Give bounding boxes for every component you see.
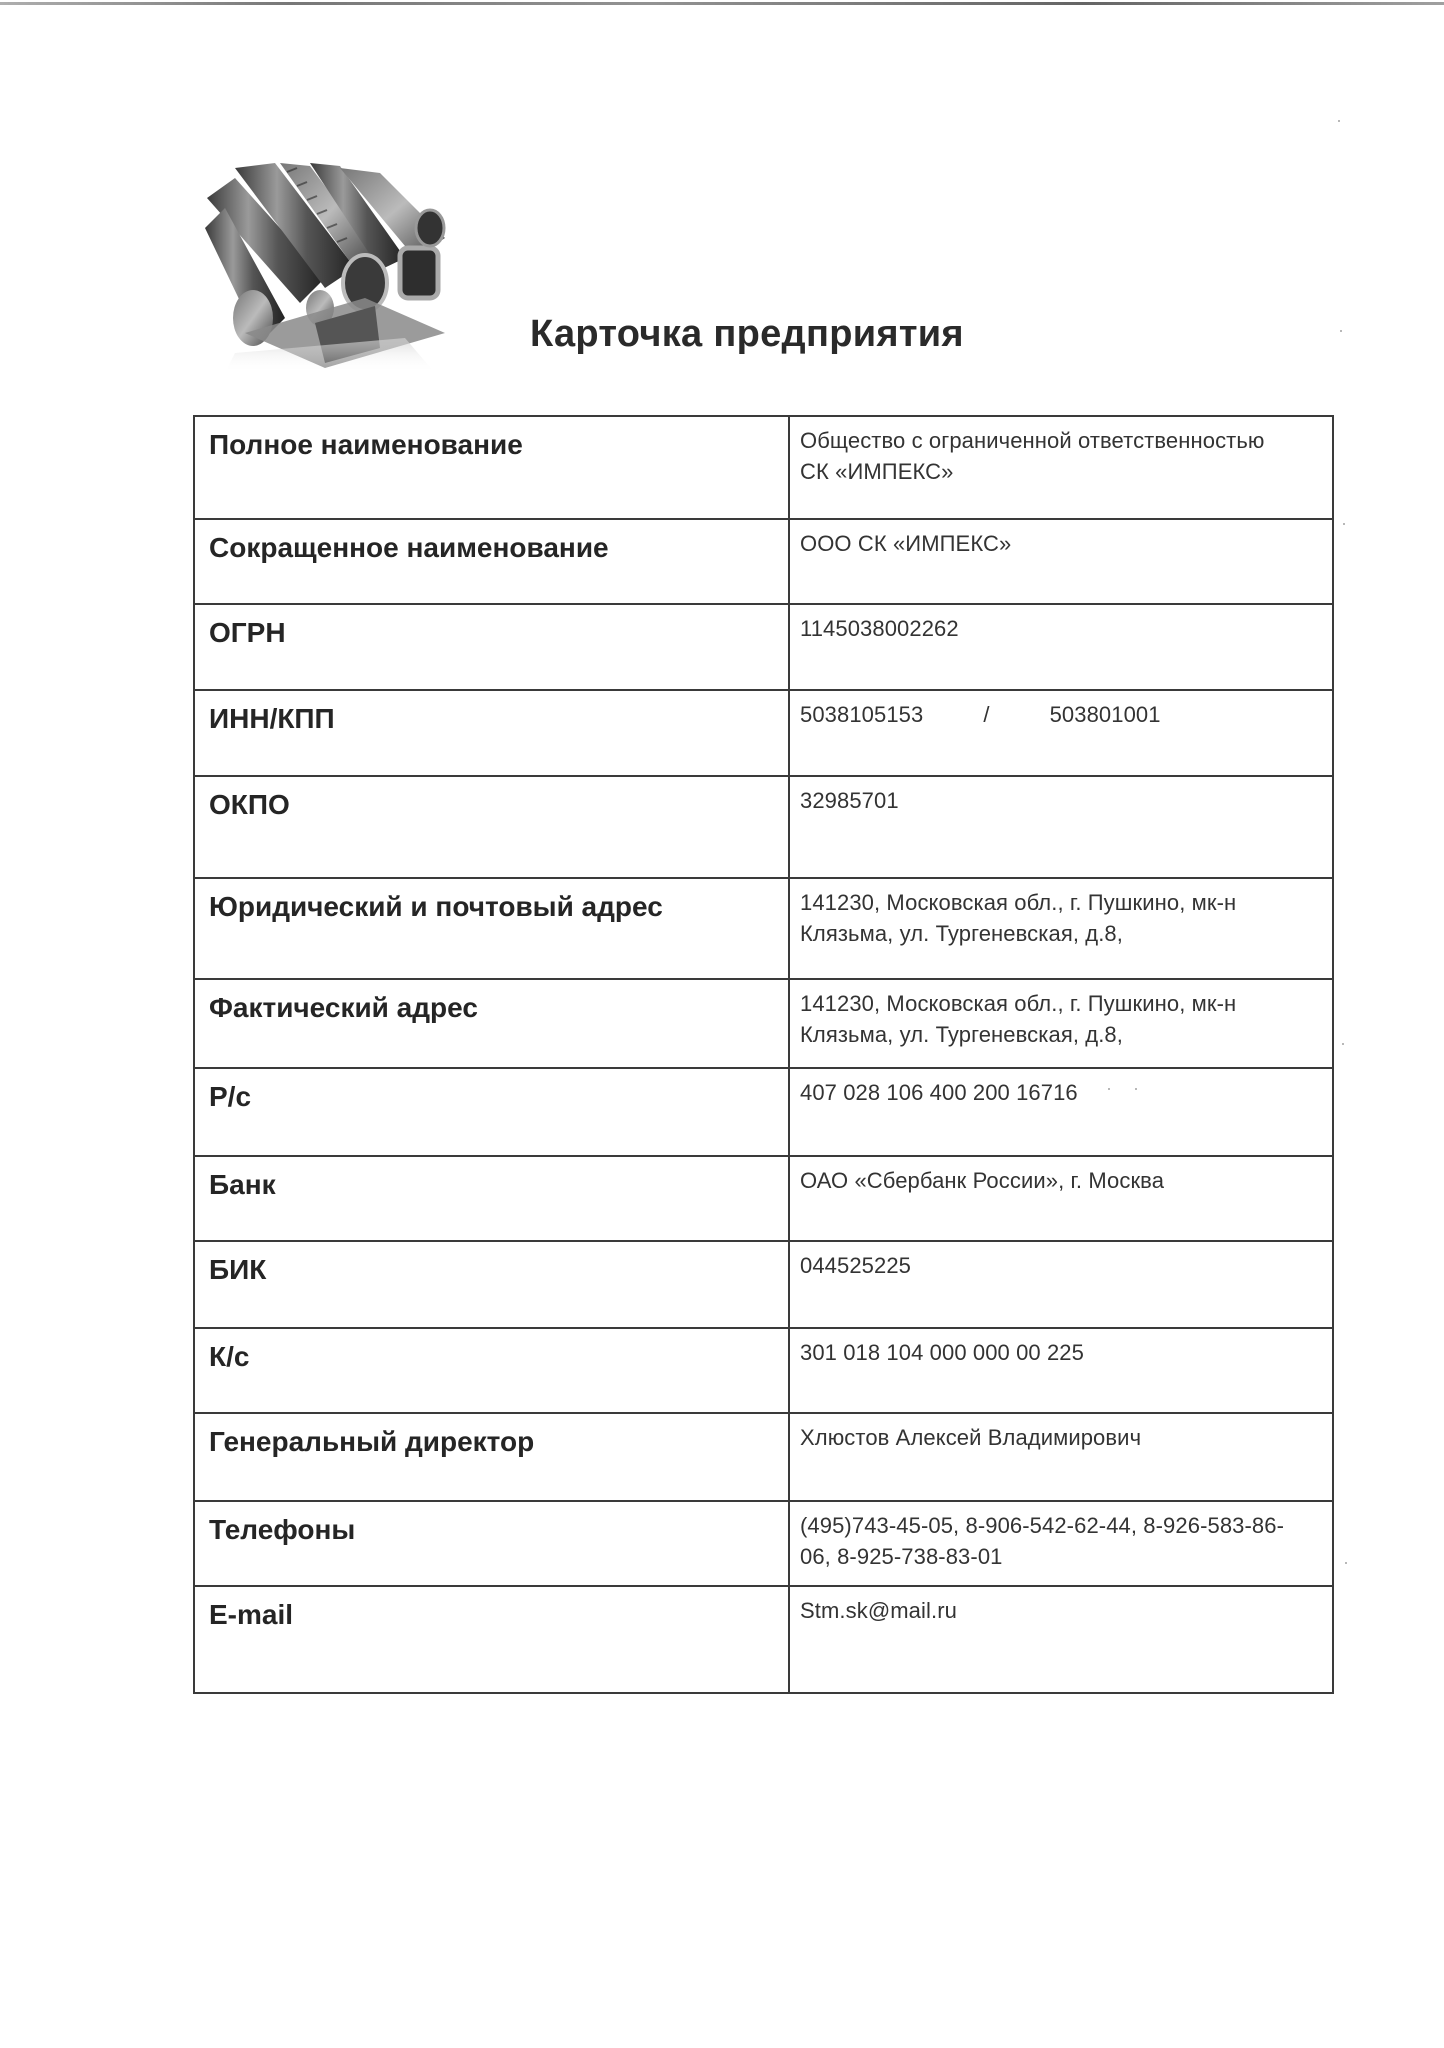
- document-title: Карточка предприятия: [530, 313, 964, 356]
- scan-edge-line: [0, 2, 1444, 5]
- row-value: ОАО «Сбербанк России», г. Москва: [789, 1156, 1333, 1241]
- row-value: ООО СК «ИМПЕКС»: [789, 519, 1333, 604]
- row-label: К/с: [194, 1328, 789, 1413]
- row-value: 32985701: [789, 776, 1333, 878]
- row-label: Фактический адрес: [194, 979, 789, 1068]
- scan-speck: [1340, 330, 1342, 332]
- row-value: Хлюстов Алексей Владимирович: [789, 1413, 1333, 1501]
- row-label: ОКПО: [194, 776, 789, 878]
- row-value: 301 018 104 000 000 00 225: [789, 1328, 1333, 1413]
- row-value: 141230, Московская обл., г. Пушкино, мк-…: [789, 878, 1333, 979]
- row-label: Телефоны: [194, 1501, 789, 1586]
- row-label: Банк: [194, 1156, 789, 1241]
- scan-speck: [1343, 523, 1345, 525]
- row-label: Сокращенное наименование: [194, 519, 789, 604]
- row-value: 5038105153/503801001: [789, 690, 1333, 776]
- row-label: ОГРН: [194, 604, 789, 690]
- table-row: Сокращенное наименование ООО СК «ИМПЕКС»: [194, 519, 1333, 604]
- row-value: Общество с ограниченной ответственностью…: [789, 416, 1333, 519]
- scan-speck: [1345, 1562, 1347, 1564]
- row-value: 141230, Московская обл., г. Пушкино, мк-…: [789, 979, 1333, 1068]
- table-row: E-mail Stm.sk@mail.ru: [194, 1586, 1333, 1693]
- table-row: Юридический и почтовый адрес 141230, Мос…: [194, 878, 1333, 979]
- row-label: Генеральный директор: [194, 1413, 789, 1501]
- row-value: 044525225: [789, 1241, 1333, 1328]
- table-row: Телефоны (495)743-45-05, 8-906-542-62-44…: [194, 1501, 1333, 1586]
- scan-speck: [1342, 1043, 1344, 1045]
- row-label: БИК: [194, 1241, 789, 1328]
- table-row: Генеральный директор Хлюстов Алексей Вла…: [194, 1413, 1333, 1501]
- scan-speck: [1338, 120, 1340, 122]
- row-value: (495)743-45-05, 8-906-542-62-44, 8-926-5…: [789, 1501, 1333, 1586]
- company-card-table: Полное наименование Общество с ограничен…: [193, 415, 1334, 1694]
- row-value: 1145038002262: [789, 604, 1333, 690]
- table-row: Банк ОАО «Сбербанк России», г. Москва: [194, 1156, 1333, 1241]
- row-value: 407 028 106 400 200 16716: [789, 1068, 1333, 1156]
- table-row: БИК 044525225: [194, 1241, 1333, 1328]
- table-row: ОГРН 1145038002262: [194, 604, 1333, 690]
- table-row: Р/с 407 028 106 400 200 16716: [194, 1068, 1333, 1156]
- table-row: ОКПО 32985701: [194, 776, 1333, 878]
- inn-value: 5038105153: [800, 702, 923, 727]
- row-label: Полное наименование: [194, 416, 789, 519]
- table-row: ИНН/КПП 5038105153/503801001: [194, 690, 1333, 776]
- row-label: Р/с: [194, 1068, 789, 1156]
- row-label: Юридический и почтовый адрес: [194, 878, 789, 979]
- row-label: ИНН/КПП: [194, 690, 789, 776]
- row-label: E-mail: [194, 1586, 789, 1693]
- table-row: Фактический адрес 141230, Московская обл…: [194, 979, 1333, 1068]
- scan-speck: [1135, 1088, 1137, 1090]
- kpp-value: 503801001: [1050, 702, 1161, 727]
- table-row: Полное наименование Общество с ограничен…: [194, 416, 1333, 519]
- row-value: Stm.sk@mail.ru: [789, 1586, 1333, 1693]
- inn-kpp-separator: /: [983, 702, 989, 727]
- table-row: К/с 301 018 104 000 000 00 225: [194, 1328, 1333, 1413]
- scan-speck: [1108, 1088, 1110, 1090]
- steel-profiles-image: [205, 158, 495, 373]
